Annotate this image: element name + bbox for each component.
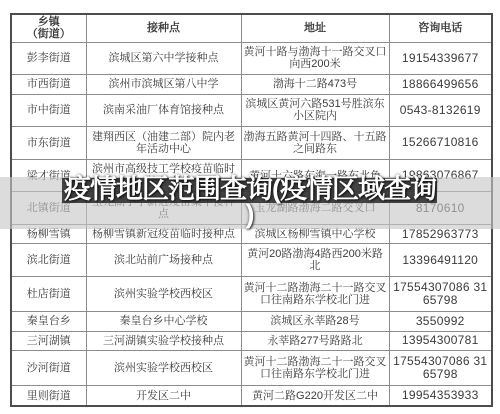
cell-site: 滨州市滨城区第八中学 (86, 75, 241, 94)
cell-site: 滨南采油厂体育馆接种点 (86, 94, 241, 127)
cell-town: 市西街道 (11, 75, 86, 94)
table-row: 彭李街道 滨城区第六中学接种点 黄河十路与渤海十一路交叉口向西200米 1915… (11, 42, 492, 75)
cell-site: 建翔西区（油建二部）院内老年活动中心 (86, 127, 241, 160)
cell-town: 市中街道 (11, 94, 86, 127)
table-row: 市中街道 滨南采油厂体育馆接种点 滨城区黄河六路531号胜滨东小区院内 0543… (11, 94, 492, 127)
table-row: 北镇街道 玉龙湖小学新冠疫苗集中接种点 玉龙湖路渤海二路交叉口 8170610 (11, 192, 492, 225)
cell-site: 滨州实验学校西校区 (86, 277, 241, 312)
cell-address: 滨城区杨柳雪镇中心学校 (241, 225, 389, 244)
header-phone: 咨询电话 (389, 14, 492, 42)
cell-address: 黄河十路与渤海十一路交叉口向西200米 (241, 42, 389, 75)
cell-phone: 3550992 (389, 312, 492, 331)
cell-town: 滨北街道 (11, 244, 86, 277)
cell-phone: 0543-8132619 (389, 94, 492, 127)
cell-address: 玉龙湖路渤海二路交叉口 (241, 192, 389, 225)
cell-site: 三河湖镇实验学校接种点 (86, 331, 241, 350)
cell-town: 沙河街道 (11, 351, 86, 386)
cell-town: 三河湖镇 (11, 331, 86, 350)
cell-town: 北镇街道 (11, 192, 86, 225)
header-address: 地址 (241, 14, 389, 42)
cell-address: 渤海十二路473号 (241, 75, 389, 94)
cell-phone: 17852963773 (389, 225, 492, 244)
cell-site: 玉龙湖小学新冠疫苗集中接种点 (86, 192, 241, 225)
cell-address: 黄河十六路东海一路东北角 (241, 159, 389, 192)
table-row: 市西街道 滨州市滨城区第八中学 渤海十二路473号 18866499656 (11, 75, 492, 94)
cell-address: 永莘路277号路路北 (241, 331, 389, 350)
cell-town: 杜店街道 (11, 277, 86, 312)
cell-phone: 18866499656 (389, 75, 492, 94)
cell-phone: 13954300781 (389, 331, 492, 350)
vaccination-sites-table: 乡镇 （街道） 接种点 地址 咨询电话 彭李街道 滨城区第六中学接种点 黄河十路… (10, 13, 493, 407)
cell-phone: 19154339677 (389, 42, 492, 75)
table-row: 沙河街道 滨州实验学校西校区 黄河十二路渤海二十一路交叉口往南路东学校北门进 1… (11, 351, 492, 386)
cell-address: 黄河十二路渤海二十一路交叉口往南路东学校北门进 (241, 351, 389, 386)
cell-phone: 17554307086 3165798 (389, 351, 492, 386)
cell-address: 黄河20路渤海4路西200米路北 (241, 244, 389, 277)
table-row: 杨柳雪镇 杨柳雪镇新冠疫苗临时接种点 滨城区杨柳雪镇中心学校 178529637… (11, 225, 492, 244)
cell-phone: 13396491120 (389, 244, 492, 277)
cell-site: 秦皇台乡中心学校 (86, 312, 241, 331)
cell-phone: 19954353933 (389, 386, 492, 406)
cell-site: 杨柳雪镇新冠疫苗临时接种点 (86, 225, 241, 244)
table-row: 秦皇台乡 秦皇台乡中心学校 滨城区永莘路28号 3550992 (11, 312, 492, 331)
cell-phone: 17554307086 3165798 (389, 277, 492, 312)
table-row: 杜店街道 滨州实验学校西校区 黄河十二路渤海二十一路交叉口往南路东学校北门进 1… (11, 277, 492, 312)
cell-phone: 8170610 (389, 192, 492, 225)
cell-site: 滨北站前广场接种点 (86, 244, 241, 277)
table-row: 滨北街道 滨北站前广场接种点 黄河20路渤海4路西200米路北 13396491… (11, 244, 492, 277)
cell-site: 滨州实验学校西校区 (86, 351, 241, 386)
cell-town: 彭李街道 (11, 42, 86, 75)
header-site: 接种点 (86, 14, 241, 42)
cell-town: 里则街道 (11, 386, 86, 406)
cell-phone: 19863076867 (389, 159, 492, 192)
cell-address: 黄河二路G220开发区二中 (241, 386, 389, 406)
cell-site: 滨城区第六中学接种点 (86, 42, 241, 75)
cell-town: 秦皇台乡 (11, 312, 86, 331)
page: 乡镇 （街道） 接种点 地址 咨询电话 彭李街道 滨城区第六中学接种点 黄河十路… (0, 0, 500, 414)
table-header-row: 乡镇 （街道） 接种点 地址 咨询电话 (11, 14, 492, 42)
cell-town: 梁才街道 (11, 159, 86, 192)
header-town: 乡镇 （街道） (11, 14, 86, 42)
cell-address: 黄河十二路渤海二十一路交叉口往南路东学校北门进 (241, 277, 389, 312)
cell-site: 滨州市高级技工学校疫苗临时接种点 (86, 159, 241, 192)
table-row: 市东街道 建翔西区（油建二部）院内老年活动中心 渤海五路黄河十四路、十五路之间路… (11, 127, 492, 160)
cell-address: 滨城区永莘路28号 (241, 312, 389, 331)
cell-site: 开发区二中 (86, 386, 241, 406)
table-row: 里则街道 开发区二中 黄河二路G220开发区二中 19954353933 (11, 386, 492, 406)
cell-address: 渤海五路黄河十四路、十五路之间路东 (241, 127, 389, 160)
table-row: 三河湖镇 三河湖镇实验学校接种点 永莘路277号路路北 13954300781 (11, 331, 492, 350)
cell-town: 杨柳雪镇 (11, 225, 86, 244)
cell-town: 市东街道 (11, 127, 86, 160)
cell-phone: 15266710816 (389, 127, 492, 160)
table-row: 梁才街道 滨州市高级技工学校疫苗临时接种点 黄河十六路东海一路东北角 19863… (11, 159, 492, 192)
cell-address: 滨城区黄河六路531号胜滨东小区院内 (241, 94, 389, 127)
